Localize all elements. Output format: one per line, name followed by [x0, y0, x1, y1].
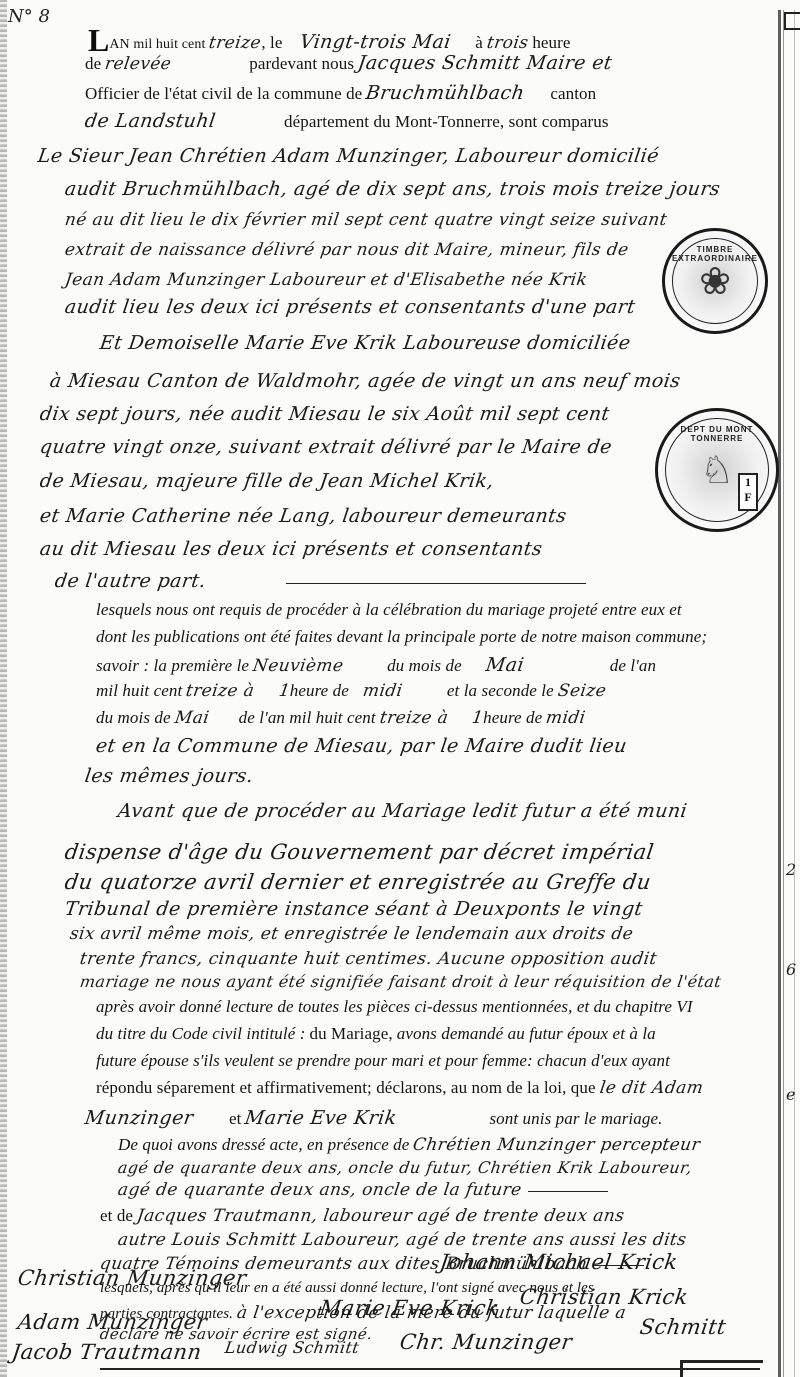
- bride-line-7: au dit Miesau les deux ici présents et c…: [40, 538, 542, 560]
- bride-line-1: Et Demoiselle Marie Eve Krik Laboureuse …: [100, 332, 630, 354]
- right-margin-rule-inner: [783, 10, 784, 1377]
- groom-line-3: né au dit lieu le dix février mil sept c…: [65, 210, 667, 230]
- stamp-value-box: 1 F: [738, 473, 758, 511]
- dispensation-line-1: Avant que de procéder au Mariage ledit f…: [118, 800, 687, 822]
- declaration-line-3: future épouse s'ils veulent se prendre p…: [96, 1051, 670, 1071]
- declaration-line-4: répondu séparement et affirmativement; d…: [96, 1078, 703, 1098]
- groom-line-5: Jean Adam Munzinger Laboureur et d'Elisa…: [65, 270, 587, 290]
- declaration-line-2: du titre du Code civil intitulé : du Mar…: [96, 1024, 656, 1044]
- witnesses-line-5: autre Louis Schmitt Laboureur, agé de tr…: [118, 1230, 686, 1250]
- dispensation-line-2: dispense d'âge du Gouvernement par décre…: [65, 840, 654, 864]
- dispensation-line-5: six avril même mois, et enregistrée le l…: [70, 924, 633, 944]
- register-page: N° 8 LAN mil huit cent treize, le Vingt-…: [0, 0, 800, 1377]
- right-margin-rule: [778, 10, 781, 1377]
- publications-line-1: lesquels nous ont requis de procéder à l…: [96, 600, 682, 620]
- witnesses-line-2: agé de quarante deux ans, oncle du futur…: [118, 1158, 692, 1178]
- handwritten-date: Vingt-trois Mai: [299, 31, 453, 53]
- bottom-frame: [680, 1360, 763, 1377]
- signature-7: Ludwig Schmitt: [225, 1338, 359, 1358]
- acte-number: N° 8: [8, 6, 50, 27]
- header-line-2: de relevée pardevant nous Jacques Schmit…: [85, 52, 612, 74]
- publications-line-7: les mêmes jours.: [85, 765, 253, 787]
- handwritten-time-of-day: relevée: [104, 54, 217, 74]
- dispensation-line-4: Tribunal de première instance séant à De…: [65, 898, 643, 920]
- publications-line-5: du mois de Mai de l'an mil huit cent tre…: [96, 708, 586, 728]
- handwritten-canton: de Landstuhl: [83, 110, 256, 132]
- declaration-line-1: après avoir donné lecture de toutes les …: [96, 997, 693, 1017]
- header-line-4: de Landstuhl département du Mont-Tonnerr…: [85, 110, 609, 132]
- bride-line-2: à Miesau Canton de Waldmohr, agée de vin…: [50, 370, 681, 392]
- declaration-line-5: Munzinger et Marie Eve Krik sont unis pa…: [85, 1107, 662, 1129]
- signature-2: Johann Michael Krick: [440, 1250, 678, 1274]
- signature-9: Schmitt: [640, 1315, 726, 1339]
- dispensation-line-7: mariage ne nous ayant été signifiée fais…: [80, 972, 721, 992]
- timbre-extraordinaire-seal: TIMBRE EXTRAORDINAIRE ❀: [662, 228, 768, 334]
- handwritten-year: treize: [208, 33, 263, 53]
- signature-6: Jacob Trautmann: [12, 1340, 201, 1364]
- groom-line-1: Le Sieur Jean Chrétien Adam Munzinger, L…: [38, 145, 659, 167]
- margin-mark: 2: [786, 860, 796, 879]
- signature-4: Marie Eve Krick: [320, 1296, 499, 1320]
- dispensation-line-6: trente francs, cinquante huit centimes. …: [80, 949, 657, 969]
- dispensation-line-3: du quatorze avril dernier et enregistrée…: [65, 870, 651, 894]
- margin-mark: e: [786, 1085, 795, 1104]
- mont-tonnerre-seal: DEPT DU MONT TONNERRE ♘ 1 F: [655, 408, 779, 532]
- bride-line-8: de l'autre part.: [55, 570, 586, 592]
- witnesses-line-4: et de Jacques Trautmann, laboureur agé d…: [100, 1206, 624, 1226]
- corner-frame: [784, 12, 800, 30]
- witnesses-line-3: agé de quarante deux ans, oncle de la fu…: [118, 1180, 608, 1200]
- signature-8: Chr. Munzinger: [400, 1330, 572, 1354]
- header-line-3: Officier de l'état civil de la commune d…: [85, 82, 596, 104]
- page-left-edge: [0, 0, 7, 1377]
- publications-line-2: dont les publications ont été faites dev…: [96, 627, 707, 647]
- handwritten-hour: trois: [486, 33, 530, 53]
- bottom-rule: [100, 1368, 760, 1370]
- margin-mark: 6: [786, 960, 796, 979]
- handwritten-mayor: Jacques Schmitt Maire et: [357, 52, 614, 74]
- right-margin-rule-outer: [794, 10, 795, 1377]
- bride-line-3: dix sept jours, née audit Miesau le six …: [40, 403, 610, 425]
- signature-3: Adam Munzinger: [18, 1310, 207, 1334]
- publications-line-4: mil huit cent treize à 1heure de midi et…: [96, 681, 606, 701]
- publications-line-6: et en la Commune de Miesau, par le Maire…: [96, 735, 627, 757]
- handwritten-commune: Bruchmühlbach: [365, 82, 518, 104]
- publications-line-3: savoir : la première le Neuvième du mois…: [96, 654, 656, 676]
- signature-5: Christian Krick: [520, 1285, 688, 1309]
- bride-line-5: de Miesau, majeure fille de Jean Michel …: [40, 470, 494, 492]
- bride-line-6: et Marie Catherine née Lang, laboureur d…: [40, 505, 566, 527]
- groom-line-2: audit Bruchmühlbach, agé de dix sept ans…: [65, 178, 720, 200]
- groom-line-4: extrait de naissance délivré par nous di…: [65, 240, 629, 260]
- bride-line-4: quatre vingt onze, suivant extrait déliv…: [40, 436, 612, 458]
- witnesses-line-1: De quoi avons dressé acte, en présence d…: [118, 1135, 700, 1155]
- signature-1: Christian Munzinger: [18, 1266, 246, 1290]
- groom-line-6: audit lieu les deux ici présents et cons…: [65, 296, 635, 318]
